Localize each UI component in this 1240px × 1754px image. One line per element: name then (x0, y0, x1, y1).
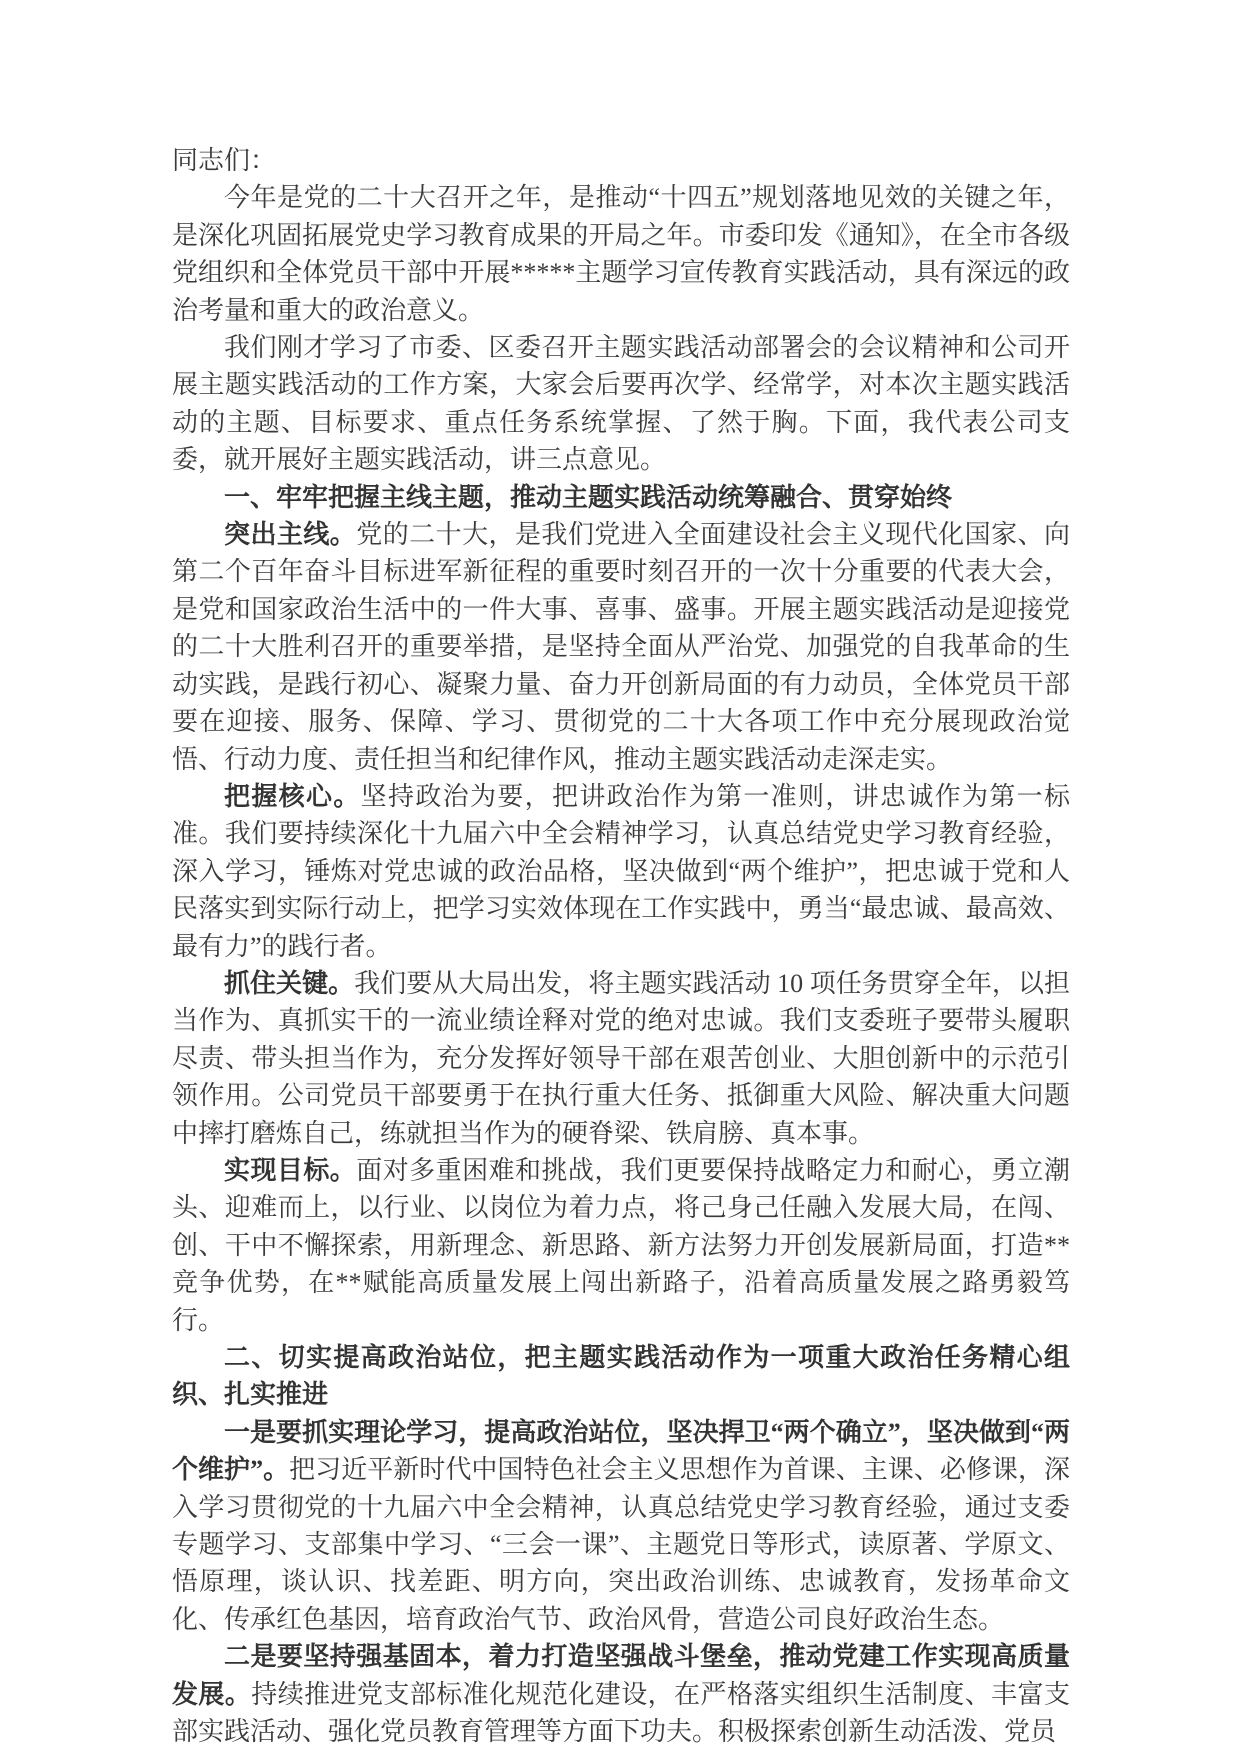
document-body: 同志们：今年是党的二十大召开之年，是推动“十四五”规划落地见效的关键之年，是深化… (172, 142, 1070, 1750)
bold-lead-in-text: 突出主线。 (224, 520, 356, 549)
body-text: 持续推进党支部标准化规范化建设，在严格落实组织生活制度、丰富支部实践活动、强化党… (172, 1680, 1070, 1746)
section-heading-1: 一、牢牢把握主线主题，推动主题实践活动统筹融合、贯穿始终 (172, 479, 1070, 516)
paragraph-seize-key: 抓住关键。我们要从大局出发，将主题实践活动 10 项任务贯穿全年，以担当作为、真… (172, 965, 1070, 1152)
bold-lead-in-text: 二、切实提高政治站位，把主题实践活动作为一项重大政治任务精心组织、扎实推进 (172, 1343, 1070, 1409)
section-heading-2: 二、切实提高政治站位，把主题实践活动作为一项重大政治任务精心组织、扎实推进 (172, 1339, 1070, 1414)
document-page: 同志们：今年是党的二十大召开之年，是推动“十四五”规划落地见效的关键之年，是深化… (0, 0, 1240, 1754)
body-text: 今年是党的二十大召开之年，是推动“十四五”规划落地见效的关键之年，是深化巩固拓展… (172, 183, 1070, 324)
body-text: 把习近平新时代中国特色社会主义思想作为首课、主课、必修课，深入学习贯彻党的十九届… (172, 1455, 1070, 1634)
body-text: 我们刚才学习了市委、区委召开主题实践活动部署会的会议精神和公司开展主题实践活动的… (172, 333, 1070, 474)
paragraph-point-1: 一是要抓实理论学习，提高政治站位，坚决捍卫“两个确立”，坚决做到“两个维护”。把… (172, 1414, 1070, 1638)
paragraph-highlight-mainline: 突出主线。党的二十大，是我们党进入全面建设社会主义现代化国家、向第二个百年奋斗目… (172, 516, 1070, 778)
salutation: 同志们： (172, 142, 1070, 179)
bold-lead-in-text: 把握核心。 (224, 782, 361, 811)
body-text: 同志们： (172, 146, 276, 175)
bold-lead-in-text: 一、牢牢把握主线主题，推动主题实践活动统筹融合、贯穿始终 (224, 483, 952, 512)
paragraph-point-2: 二是要坚持强基固本，着力打造坚强战斗堡垒，推动党建工作实现高质量发展。持续推进党… (172, 1638, 1070, 1750)
paragraph-grasp-core: 把握核心。坚持政治为要，把讲政治作为第一准则，讲忠诚作为第一标准。我们要持续深化… (172, 778, 1070, 965)
paragraph-intro-2: 我们刚才学习了市委、区委召开主题实践活动部署会的会议精神和公司开展主题实践活动的… (172, 329, 1070, 479)
bold-lead-in-text: 抓住关键。 (224, 969, 354, 998)
body-text: 党的二十大，是我们党进入全面建设社会主义现代化国家、向第二个百年奋斗目标进军新征… (172, 520, 1070, 773)
paragraph-achieve-goal: 实现目标。面对多重困难和挑战，我们更要保持战略定力和耐心，勇立潮头、迎难而上，以… (172, 1152, 1070, 1339)
paragraph-intro-1: 今年是党的二十大召开之年，是推动“十四五”规划落地见效的关键之年，是深化巩固拓展… (172, 179, 1070, 329)
bold-lead-in-text: 实现目标。 (224, 1156, 356, 1185)
